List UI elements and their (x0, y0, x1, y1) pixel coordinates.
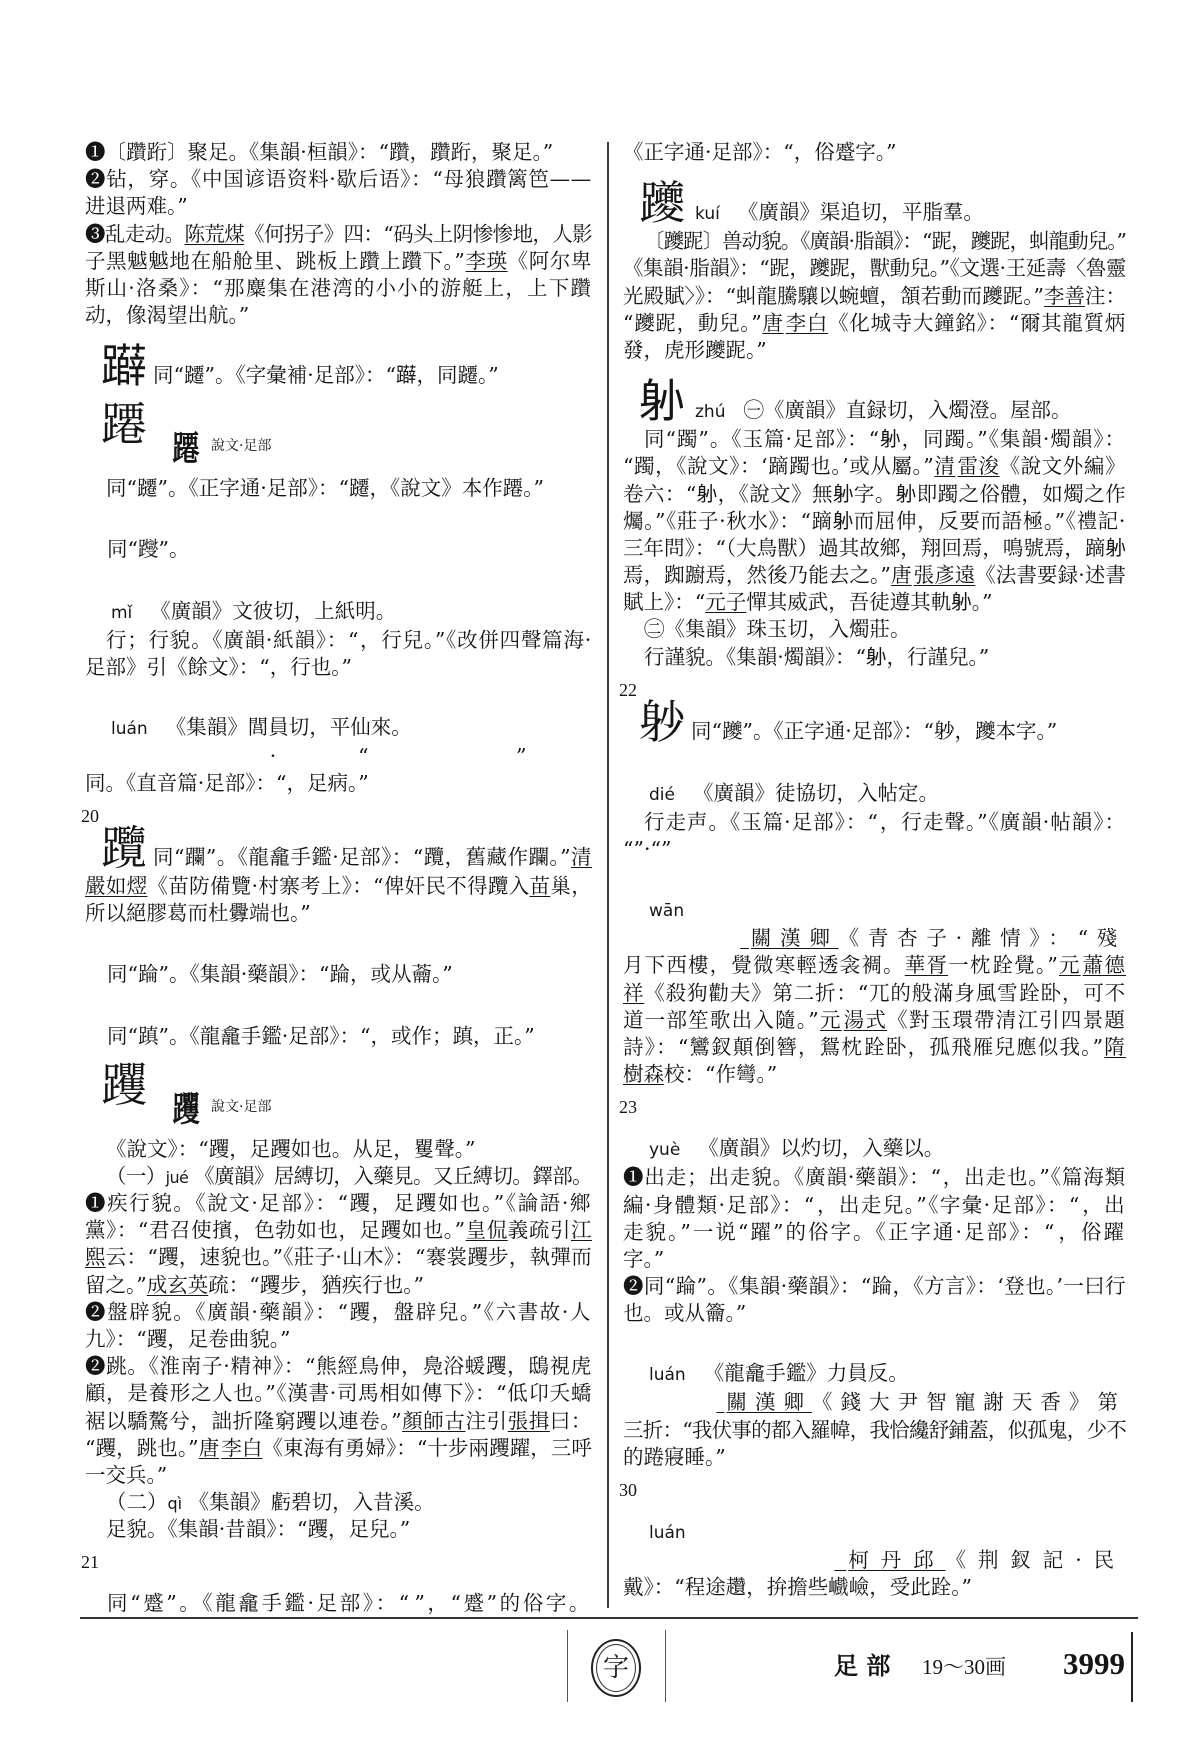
text-run-group: 行謹貌。《集韻·燭韻》：“𨈓，行謹兒。” (644, 644, 989, 671)
text-run-group: 《集韻·脂韻》：“跜，躨跜，獸動兒。”《文選·王延壽〈魯靈 (623, 255, 1126, 282)
definition-paragraph: 同“躚”。《正字通·足部》：“躚，《說文》本作蹮。” (85, 475, 592, 502)
definition-paragraph: ❶出走；出走貌。《廣韻·藥韻》：“𨈟，出走也。”《篇海類編·身體類·足部》：“𨈟… (623, 1164, 1126, 1273)
headword-entry: 𨇹luán《集韻》閭員切，平仙來。 (85, 681, 592, 743)
footer-divider-middle (665, 1630, 666, 1702)
text-line: 〔躨跜〕兽动貌。《廣韻·脂韻》：“跜，躨跜，虯龍動兒。” (623, 228, 1126, 255)
headword-gloss: 《廣韻》徒協切，入帖定。 (693, 776, 939, 806)
text-run: 《說文外編》 (1000, 454, 1126, 478)
text-run: 光殿賦〉》：“虯龍騰驤以蜿蟺，頷若動而躨跜。” (623, 284, 1044, 308)
headword-entry: 𨈓zhú㊀《廣韻》直録切，入燭澄。屋部。 (623, 364, 1126, 426)
text-run: ❷盤辟貌。《廣韻·藥韻》：“躩，盤辟兒。”《六書故·人 (85, 1300, 592, 1324)
text-run: 走貌。”一说“躍”的俗字。《正字通·足部》：“𨈟，俗躍 (623, 1220, 1126, 1244)
definition-paragraph: 〔𨈠踡〕弯曲身体。元關漢卿《錢大尹智寵謝天香》第三折：“我伏事的都入羅幃，我恰纔… (623, 1389, 1126, 1471)
text-line: 詩》：“鸞釵顛倒簪，鴛枕𨈜跧卧，孤飛雁兒應似我。”隋 (623, 1034, 1126, 1061)
definition-paragraph: 〔躨跜〕兽动貌。《廣韻·脂韻》：“跜，躨跜，虯龍動兒。”《集韻·脂韻》：“跜，躨… (623, 228, 1126, 364)
text-run-group: 行；行貌。《廣韻·紙韻》：“𨇯，行兒。”《改併四聲篇海· (106, 627, 592, 654)
text-run: 賦上》：“ (623, 590, 705, 614)
text-run-group: 發，虎形躨跜。” (623, 337, 767, 364)
text-run-group: ❷盤辟貌。《廣韻·藥韻》：“躩，盤辟兒。”《六書故·人 (85, 1299, 592, 1326)
stroke-count-marker: 21 (81, 1553, 99, 1571)
text-run-group: 《正字通·足部》：“𨈐，俗蹙字。” (623, 139, 896, 166)
seal-script-glyph: 躩 (172, 1082, 199, 1131)
text-run-group: ㊀《廣韻》直録切，入燭澄。屋部。 (743, 393, 1071, 423)
underlined-proper-name: 柯丹邱 (848, 1548, 945, 1572)
text-run: ㊁《集韻》珠玉切，入燭莊。 (644, 617, 911, 641)
underlined-proper-name: 清 (571, 845, 592, 869)
text-run-group: 动，像渴望出航。” (85, 302, 249, 329)
text-run: 《何拐子》四：“码头上阴惨惨地，人影 (244, 222, 592, 246)
text-run-group: 〔𨇹踞〕足病。《集韻·僊韻》：“𨇹，𨇹踞，足病。”单用义 (106, 743, 592, 770)
text-line: （二）qì 《集韻》虧碧切，入昔溪。 (85, 1489, 592, 1516)
text-run: 进退两难。” (85, 194, 188, 218)
seal-source-label: 說文·足部 (211, 1096, 271, 1116)
running-head-radical: 足 部 (834, 1652, 890, 1680)
stroke-count-marker: 23 (619, 1098, 637, 1116)
definition-paragraph: 〔𨇹踞〕足病。《集韻·僊韻》：“𨇹，𨇹踞，足病。”单用义同。《直音篇·足部》：“… (85, 743, 592, 797)
text-run: 同“蹙”。《龍龕手鑑·足部》：“𨈐”，“蹙”的俗字。 (107, 1591, 592, 1615)
definition-paragraph: 嚴如熤《苗防備覽·村寨考上》：“俾奸民不得𨈇入苗巢，所以絕膠葛而杜釁端也。” (85, 873, 592, 927)
text-run-group: 同。《直音篇·足部》：“𨇹，足病。” (85, 770, 369, 797)
underlined-proper-name: 祥 (623, 981, 644, 1005)
text-run: 《化城寺大鐘銘》：“爾其龍質炳 (828, 311, 1126, 335)
text-line: 光殿賦〉》：“虯龍騰驤以蜿蟺，頷若動而躨跜。”李善注： (623, 283, 1126, 310)
text-run-group: 道一部笙歌出入隨。”元湯式《對玉環帶清江引四景題 (623, 1007, 1126, 1034)
text-run: （一） (106, 1164, 166, 1188)
text-run: 《廣韻》徒協切，入帖定。 (693, 781, 939, 805)
text-run-group: 〔𨈢跧〕（身体）弯曲。形容劳累。元柯丹邱《荆釵記·民 (644, 1547, 1126, 1574)
text-run-group: 〔𨈠踡〕弯曲身体。元關漢卿《錢大尹智寵謝天香》第 (644, 1389, 1126, 1416)
text-run-group: （一）jué 《廣韻》居縛切，入藥見。又丘縛切。鐸部。 (106, 1163, 592, 1191)
text-run: ㊀《廣韻》直録切，入燭澄。屋部。 (743, 398, 1071, 422)
underlined-proper-name: 皇侃 (466, 1218, 508, 1242)
definition-paragraph: ❷钻，穿。《中国谚语资料·歇后语》：“母狼躦篱笆——进退两难。” (85, 166, 592, 220)
text-line: 樹森校：“𨈜作彎。” (623, 1061, 1126, 1088)
definition-paragraph: 同“躅”。《玉篇·足部》：“𨈓，同躅。”《集韻·燭韻》：“躅，《說文》：‘蹢躅也… (623, 426, 1126, 616)
text-run: 編·身體類·足部》：“𨈟，出走兒。”《字彙·足部》：“𨈟，出 (623, 1193, 1126, 1217)
definition-paragraph: ❷盤辟貌。《廣韻·藥韻》：“躩，盤辟兒。”《六書故·人九》：“躩，足卷曲貌。” (85, 1299, 592, 1353)
underlined-proper-name: 雷浚 (957, 454, 999, 478)
definition-paragraph: 《說文》：“躩，足躩如也。从足，矍聲。” (85, 1136, 592, 1163)
text-run: 《龍龕手鑑》力員反。 (704, 1361, 909, 1385)
text-run: ❶〔躦䟰〕聚足。《集韻·桓韻》：“躦，躦䟰，聚足。” (85, 140, 553, 164)
text-run-group: 詩》：“鸞釵顛倒簪，鴛枕𨈜跧卧，孤飛雁兒應似我。”隋 (623, 1034, 1126, 1061)
text-run: 一交兵。” (85, 1463, 167, 1487)
underlined-proper-name: 張彥遠 (914, 563, 976, 587)
text-run: 三年問》：“（大鳥獸）過其故鄉，翔回焉，鳴號焉，蹢𨈓 (623, 536, 1126, 560)
text-run-group: 同“蹙”。《龍龕手鑑·足部》：“𨈐”，“蹙”的俗字。 (107, 1586, 592, 1616)
headword-pinyin: luán (649, 1365, 686, 1385)
text-run-group: 《說文》：“躩，足躩如也。从足，矍聲。” (106, 1136, 475, 1163)
seal-script-glyph: 蹮 (172, 421, 199, 470)
text-run-group: 行走声。《玉篇·足部》：“𨈛，行走聲。”《廣韻·帖韻》： (644, 809, 1126, 836)
text-line: 进退两难。” (85, 193, 592, 220)
headword-entry: 躨kuí《廣韻》渠追切，平脂羣。 (623, 166, 1126, 228)
text-run-group: 《集韻》閭員切，平仙來。 (166, 710, 412, 740)
text-line: 〔𨈜跧〕弯曲（身体）。元關漢卿《青杏子·離情》：“殘 (623, 925, 1126, 952)
underlined-proper-name: 元 (834, 1548, 846, 1572)
headword-gloss: 《廣韻》渠追切，平脂羣。 (738, 195, 984, 225)
headword-gloss: 同“躝”。《龍龕手鑑·足部》：“𨈇，舊藏作躝。”清 (153, 840, 592, 870)
text-run: 〔躨跜〕兽动貌。《廣韻·脂韻》：“跜，躨跜，虯龍動兒。” (644, 229, 1126, 253)
underlined-proper-name: 唐 (762, 311, 783, 335)
headword-pinyin: mǐ (111, 603, 132, 623)
text-run-group: 月下西樓，覺微寒輕透衾裯。華胥一枕𨈜跧覺。”元蕭德 (623, 952, 1126, 979)
text-line: ❷钻，穿。《中国谚语资料·歇后语》：“母狼躦篱笆—— (85, 166, 592, 193)
text-run-group: 走貌。”一说“躍”的俗字。《正字通·足部》：“𨈟，俗躍 (623, 1219, 1126, 1246)
text-line: “躅，《說文》：‘蹢躅也。’或从屬。”清雷浚《說文外編》 (623, 453, 1126, 480)
headword-entry: 22𨈘同“躨”。《正字通·足部》：“𨈘，躨本字。” (623, 671, 1126, 747)
text-line: “𨈛，小走聲。”《集韻·帖韻》：“𨈛，走聲。” (623, 836, 1126, 863)
text-run-group: ❶出走；出走貌。《廣韻·藥韻》：“𨈟，出走也。”《篇海類 (623, 1164, 1126, 1191)
text-run-group: 《廣韻》文彼切，上紙明。 (150, 594, 396, 624)
text-run-group: 足部》引《餘文》：“𨇯，行也。” (85, 654, 352, 681)
text-line: 裾以驕驁兮，詘折隆窮躩以連卷。”顏師古注引張揖曰： (85, 1408, 592, 1435)
text-line: 留之。”成玄英疏：“躩步，猶疾行也。” (85, 1272, 592, 1299)
text-run: ❷同“踚”。《集韻·藥韻》：“踚，《方言》：‘登也。’一曰行 (623, 1274, 1126, 1298)
text-line: 發，虎形躨跜。” (623, 337, 1126, 364)
text-run: ❶出走；出走貌。《廣韻·藥韻》：“𨈟，出走也。”《篇海類 (623, 1165, 1126, 1189)
text-run-group: 編·身體類·足部》：“𨈟，出走兒。”《字彙·足部》：“𨈟，出 (623, 1192, 1126, 1219)
text-run: “躨跜，動兒。” (623, 311, 762, 335)
text-run: 《荆釵記·民 (946, 1548, 1126, 1572)
text-run-group: 光殿賦〉》：“虯龍騰驤以蜿蟺，頷若動而躨跜。”李善注： (623, 283, 1126, 310)
text-run: ❷跳。《淮南子·精神》：“熊經鳥伸，鳧浴蝯躩，鴟視虎 (85, 1354, 592, 1378)
text-run-group: 《廣韻》徒協切，入帖定。 (693, 776, 939, 806)
text-line: 爥。”《莊子·秋水》：“蹢𨈓而屈伸，反要而語極。”《禮記· (623, 508, 1126, 535)
definition-paragraph: 〔𨈜跧〕弯曲（身体）。元關漢卿《青杏子·離情》：“殘月下西樓，覺微寒輕透衾裯。華… (623, 925, 1126, 1088)
column-divider (607, 142, 609, 1608)
headword-gloss: 《集韻》閭員切，平仙來。 (166, 710, 412, 740)
text-line: ㊁《集韻》珠玉切，入燭莊。 (623, 616, 1126, 643)
text-run-group: 焉，踟躕焉，然後乃能去之。”唐張彥遠《法書要録·述書 (623, 562, 1126, 589)
text-run: 戴》：“程途趲，拚擔些巇嶮，受此𨈢跧。” (623, 1575, 972, 1599)
text-run-group: 〔躨跜〕兽动貌。《廣韻·脂韻》：“跜，躨跜，虯龍動兒。” (644, 228, 1126, 255)
underlined-proper-name: 陈荒煤 (184, 222, 244, 246)
text-run: 《青杏子·離情》：“殘 (839, 926, 1126, 950)
text-run: 也。或从籥。” (623, 1301, 746, 1325)
text-run-group: 同“躝”。《龍龕手鑑·足部》：“𨈇，舊藏作躝。”清 (153, 840, 592, 870)
text-run-group: 也。或从籥。” (623, 1300, 746, 1327)
underlined-proper-name: 關漢卿 (726, 1390, 812, 1414)
text-run: 足部》引《餘文》：“𨇯，行也。” (85, 655, 352, 679)
text-run-group: “躨跜，動兒。”唐李白《化城寺大鐘銘》：“爾其龍質炳 (623, 310, 1126, 337)
text-run: 留之。” (85, 1273, 147, 1297)
text-run-group: 的𨈠踡寢睡。” (623, 1444, 726, 1471)
text-line: 戴》：“程途趲，拚擔些巇嶮，受此𨈢跧。” (623, 1574, 1126, 1601)
publisher-seal-emblem: 字 (591, 1639, 641, 1697)
underlined-proper-name: 嚴如熤 (85, 874, 147, 898)
text-line: 行；行貌。《廣韻·紙韻》：“𨇯，行兒。”《改併四聲篇海· (85, 627, 592, 654)
text-line: 同。《直音篇·足部》：“𨇹，足病。” (85, 770, 592, 797)
headword-entry: 𨈊同“蹎”。《龍龕手鑑·足部》：“𨈊，或作；蹎，正。” (85, 990, 592, 1052)
headword-char: 𨇨 (101, 343, 147, 389)
headword-entry: 𨇨同“躚”。《字彙補·足部》：“𨇨，同躚。” (85, 329, 592, 391)
text-run-group: 留之。”成玄英疏：“躩步，猶疾行也。” (85, 1272, 424, 1299)
underlined-proper-name: 李白 (221, 1436, 262, 1460)
underlined-proper-name: 江 (571, 1218, 592, 1242)
text-run: 字。” (623, 1247, 664, 1271)
headword-pinyin: luán (649, 1523, 686, 1543)
text-run-group: 进退两难。” (85, 193, 188, 220)
text-run: 注： (1085, 284, 1126, 308)
text-run: 云：“躩，速貌也。”《莊子·山木》：“褰裳躩步，執彈而 (106, 1245, 592, 1269)
definition-paragraph: ❷跳。《淮南子·精神》：“熊經鳥伸，鳧浴蝯躩，鴟視虎顧，是養形之人也。”《漢書·… (85, 1353, 592, 1489)
text-line: 字。” (623, 1246, 1126, 1273)
text-run-group: 同“躅”。《玉篇·足部》：“𨈓，同躅。”《集韻·燭韻》： (644, 426, 1126, 453)
underlined-proper-name: 張揖 (508, 1409, 550, 1433)
definition-paragraph: ㊁《集韻》珠玉切，入燭莊。 (623, 616, 1126, 643)
stroke-count-marker: 20 (81, 807, 99, 825)
headword-pinyin: kuí (695, 204, 720, 224)
headword-gloss: 同“躞”。 (107, 532, 189, 562)
text-run: 动，像渴望出航。” (85, 303, 249, 327)
text-run: 斯山·洛桑》：“那麋集在港湾的小小的游艇上，上下躦 (85, 276, 592, 300)
underlined-proper-name: 元 (716, 1390, 724, 1414)
text-run: 《殺狗勸夫》第二折：“兀的般滿身風雪𨈜跧卧，可不 (644, 981, 1126, 1005)
text-run: 巢， (550, 874, 592, 898)
text-line: “躩，跳也。”唐李白《東海有勇婦》：“十步兩躩躍，三呼 (85, 1435, 592, 1462)
text-run: 的𨈠踡寢睡。” (623, 1445, 726, 1469)
text-run: 《集韻》閭員切，平仙來。 (166, 715, 412, 739)
text-line: 行走声。《玉篇·足部》：“𨈛，行走聲。”《廣韻·帖韻》： (623, 809, 1126, 836)
text-line: 〔𨈠踡〕弯曲身体。元關漢卿《錢大尹智寵謝天香》第 (623, 1389, 1126, 1416)
text-run: 《廣韻》以灼切，入藥以。 (698, 1136, 944, 1160)
text-run-group: 顧，是養形之人也。”《漢書·司馬相如傳下》：“低卬夭蟜 (85, 1380, 592, 1407)
text-run: 同“躨”。《正字通·足部》：“𨈘，躨本字。” (691, 719, 1057, 743)
text-run: 《法書要録·述書 (975, 563, 1126, 587)
text-line: 九》：“躩，足卷曲貌。” (85, 1326, 592, 1353)
footer-divider-left (567, 1630, 568, 1702)
text-run-group: 斯山·洛桑》：“那麋集在港湾的小小的游艇上，上下躦 (85, 275, 592, 302)
headword-entry: 躩躩說文·足部 (85, 1052, 592, 1136)
text-run-group: （二）qì 《集韻》虧碧切，入昔溪。 (106, 1489, 435, 1517)
text-run-group: 足貌。《集韻·昔韻》：“躩，足兒。” (106, 1516, 410, 1543)
seal-glyph: 字 (603, 1655, 629, 1681)
text-run: 疏：“躩步，猶疾行也。” (208, 1273, 424, 1297)
text-run-group: 一交兵。” (85, 1462, 167, 1489)
text-line: ❷盤辟貌。《廣韻·藥韻》：“躩，盤辟兒。”《六書故·人 (85, 1299, 592, 1326)
text-line: 嚴如熤《苗防備覽·村寨考上》：“俾奸民不得𨈇入苗巢， (85, 873, 592, 900)
underlined-proper-name: 關漢卿 (751, 926, 839, 950)
definition-paragraph: 行；行貌。《廣韻·紙韻》：“𨇯，行兒。”《改併四聲篇海·足部》引《餘文》：“𨇯，… (85, 627, 592, 681)
footer-divider-right (1131, 1632, 1133, 1702)
text-run-group: 爥。”《莊子·秋水》：“蹢𨈓而屈伸，反要而語極。”《禮記· (623, 508, 1126, 535)
text-run-group: “躩，跳也。”唐李白《東海有勇婦》：“十步兩躩躍，三呼 (85, 1435, 592, 1462)
text-run: 《對玉環帶清江引四景題 (887, 1008, 1126, 1032)
text-line: 黨》：“君召使擯，色勃如也，足躩如也。”皇侃義疏引江 (85, 1217, 592, 1244)
text-run: 黨》：“君召使擯，色勃如也，足躩如也。” (85, 1218, 466, 1242)
text-line: ❷同“踚”。《集韻·藥韻》：“踚，《方言》：‘登也。’一曰行 (623, 1273, 1126, 1300)
text-run: ❷钻，穿。《中国谚语资料·歇后语》：“母狼躦篱笆—— (85, 167, 592, 191)
seal-source-label: 說文·足部 (211, 435, 271, 455)
text-run: 義疏引 (508, 1218, 571, 1242)
text-run-group: “𨈛，小走聲。”《集韻·帖韻》：“𨈛，走聲。” (623, 836, 671, 863)
text-run: 校：“𨈜作彎。” (664, 1062, 777, 1086)
text-line: （一）jué 《廣韻》居縛切，入藥見。又丘縛切。鐸部。 (85, 1163, 592, 1190)
text-run: 同。《直音篇·足部》：“𨇹，足病。” (85, 771, 369, 795)
underlined-proper-name: 李白 (786, 311, 828, 335)
text-run: 注引 (465, 1409, 507, 1433)
text-run-group: 《龍龕手鑑》力員反。 (704, 1356, 909, 1386)
headword-gloss: 同“蹙”。《龍龕手鑑·足部》：“𨈐”，“蹙”的俗字。 (107, 1586, 592, 1616)
text-run-group: 同“躞”。 (107, 532, 189, 562)
definition-paragraph: 行走声。《玉篇·足部》：“𨈛，行走聲。”《廣韻·帖韻》：“𨈛，小走聲。”《集韻·… (623, 809, 1126, 863)
text-run-group: 黨》：“君召使擯，色勃如也，足躩如也。”皇侃義疏引江 (85, 1217, 592, 1244)
text-run: 同“躞”。 (107, 537, 189, 561)
text-line: ❶出走；出走貌。《廣韻·藥韻》：“𨈟，出走也。”《篇海類 (623, 1164, 1126, 1191)
text-run-group: 字。” (623, 1246, 664, 1273)
underlined-proper-name: 唐 (199, 1436, 220, 1460)
text-run: 行；行貌。《廣韻·紙韻》：“𨇯，行兒。”《改併四聲篇海· (106, 628, 592, 652)
text-run: 憚其威武，吾徒遵其軌𨈓。” (746, 590, 992, 614)
headword-entry: 23𨈟yuè《廣韻》以灼切，入藥以。 (623, 1088, 1126, 1164)
text-run: 同“躚”。《正字通·足部》：“躚，《說文》本作蹮。” (106, 476, 544, 500)
text-run-group: ❶疾行貌。《說文·足部》：“躩，足躩如也。”《論語·鄉 (85, 1190, 592, 1217)
stroke-count-marker: 30 (619, 1481, 637, 1499)
text-run-group: ㊁《集韻》珠玉切，入燭莊。 (644, 616, 911, 643)
headword-gloss: 同“躚”。《字彙補·足部》：“𨇨，同躚。” (153, 358, 499, 388)
headword-entry: 𨈠luán《龍龕手鑑》力員反。 (623, 1327, 1126, 1389)
underlined-proper-name: 華胥 (905, 953, 948, 977)
text-run: 同“躝”。《龍龕手鑑·足部》：“𨈇，舊藏作躝。” (153, 845, 571, 869)
text-line: 道一部笙歌出入隨。”元湯式《對玉環帶清江引四景題 (623, 1007, 1126, 1034)
pinyin: qì (168, 1494, 183, 1513)
underlined-proper-name: 苗 (530, 874, 551, 898)
text-run: 曰： (550, 1409, 592, 1433)
text-line: 足部》引《餘文》：“𨇯，行也。” (85, 654, 592, 681)
headword-char: 躩 (101, 1062, 147, 1108)
text-run: 《集韻·脂韻》：“跜，躨跜，獸動兒。”《文選·王延壽〈魯靈 (623, 256, 1126, 280)
text-run: 《阿尔卑 (508, 249, 592, 273)
headword-pinyin: luán (111, 719, 148, 739)
text-line: 〔𨇹踞〕足病。《集韻·僊韻》：“𨇹，𨇹踞，足病。”单用义 (85, 743, 592, 770)
stroke-count-marker: 22 (619, 681, 637, 699)
text-run-group: 同“蹎”。《龍龕手鑑·足部》：“𨈊，或作；蹎，正。” (107, 1019, 535, 1049)
text-run: 《廣韻》文彼切，上紙明。 (150, 599, 396, 623)
headword-char: 𨈓 (639, 378, 685, 424)
text-run-group: 《廣韻》以灼切，入藥以。 (698, 1131, 944, 1161)
text-line: 走貌。”一说“躍”的俗字。《正字通·足部》：“𨈟，俗躍 (623, 1219, 1126, 1246)
text-run: 同“踚”。《集韻·藥韻》：“踚，或从蘥。” (107, 962, 453, 986)
text-run-group: 三年問》：“（大鳥獸）過其故鄉，翔回焉，鳴號焉，蹢𨈓 (623, 535, 1126, 562)
text-run-group: ❷钻，穿。《中国谚语资料·歇后语》：“母狼躦篱笆—— (85, 166, 592, 193)
text-line: 〔𨈢跧〕（身体）弯曲。形容劳累。元柯丹邱《荆釵記·民 (623, 1547, 1126, 1574)
underlined-proper-name: 成玄英 (147, 1273, 209, 1297)
text-run-group: 同“踚”。《集韻·藥韻》：“踚，或从蘥。” (107, 957, 453, 987)
headword-char: 蹮 (101, 401, 147, 447)
underlined-proper-name: 蕭德 (1083, 953, 1126, 977)
definition-paragraph: 〔𨈢跧〕（身体）弯曲。形容劳累。元柯丹邱《荆釵記·民戴》：“程途趲，拚擔些巇嶮，… (623, 1547, 1126, 1601)
text-run: 道一部笙歌出入隨。” (623, 1008, 820, 1032)
headword-gloss: 《龍龕手鑑》力員反。 (704, 1356, 909, 1386)
text-line: 足貌。《集韻·昔韻》：“躩，足兒。” (85, 1516, 592, 1543)
headword-pinyin: zhú (695, 402, 725, 422)
text-line: 顧，是養形之人也。”《漢書·司馬相如傳下》：“低卬夭蟜 (85, 1380, 592, 1407)
definition-paragraph: ❶〔躦䟰〕聚足。《集韻·桓韻》：“躦，躦䟰，聚足。” (85, 139, 592, 166)
text-run: 三折：“我伏事的都入羅幃，我恰纔舒鋪蓋，似孤鬼，少不 (623, 1418, 1126, 1442)
headword-char: 𨈇 (101, 825, 147, 871)
headword-pinyin: dié (649, 785, 675, 805)
headword-entry: 蹮蹮說文·足部 (85, 391, 592, 475)
underlined-proper-name: 湯式 (844, 1008, 887, 1032)
text-run-group: “躅，《說文》：‘蹢躅也。’或从屬。”清雷浚《說文外編》 (623, 453, 1126, 480)
text-line: 的𨈠踡寢睡。” (623, 1444, 1126, 1471)
text-run-group: 裾以驕驁兮，詘折隆窮躩以連卷。”顏師古注引張揖曰： (85, 1408, 592, 1435)
headword-char: 躨 (639, 180, 685, 226)
text-line: 月下西樓，覺微寒輕透衾裯。華胥一枕𨈜跧覺。”元蕭德 (623, 952, 1126, 979)
headword-entry: 𨇯mǐ《廣韻》文彼切，上紙明。 (85, 565, 592, 627)
text-line: 同“躚”。《正字通·足部》：“躚，《說文》本作蹮。” (85, 475, 592, 502)
text-run: 詩》：“鸞釵顛倒簪，鴛枕𨈜跧卧，孤飛雁兒應似我。” (623, 1035, 1104, 1059)
definition-paragraph: 行謹貌。《集韻·燭韻》：“𨈓，行謹兒。” (623, 644, 1126, 671)
text-line: ❶疾行貌。《說文·足部》：“躩，足躩如也。”《論語·鄉 (85, 1190, 592, 1217)
text-run-group: 戴》：“程途趲，拚擔些巇嶮，受此𨈢跧。” (623, 1574, 972, 1601)
text-run: 同“躅”。《玉篇·足部》：“𨈓，同躅。”《集韻·燭韻》： (644, 427, 1126, 451)
headword-gloss: 《廣韻》以灼切，入藥以。 (698, 1131, 944, 1161)
text-run: ❸乱走动。 (85, 222, 184, 246)
text-run: 《廣韻》居縛切，入藥見。又丘縛切。鐸部。 (188, 1164, 592, 1188)
headword-gloss: 同“蹎”。《龍龕手鑑·足部》：“𨈊，或作；蹎，正。” (107, 1019, 535, 1049)
text-run-group: ❷跳。《淮南子·精神》：“熊經鳥伸，鳧浴蝯躩，鴟視虎 (85, 1353, 592, 1380)
text-line: “躨跜，動兒。”唐李白《化城寺大鐘銘》：“爾其龍質炳 (623, 310, 1126, 337)
definition-paragraph: （二）qì 《集韻》虧碧切，入昔溪。 (85, 1489, 592, 1516)
text-line: 斯山·洛桑》：“那麋集在港湾的小小的游艇上，上下躦 (85, 275, 592, 302)
text-run: 卷六：“𨈓，《說文》無𨈓字。𨈓即躅之俗體，如燭之作 (623, 482, 1126, 506)
underlined-proper-name: 李善 (1044, 284, 1085, 308)
text-run-group: 《廣韻》渠追切，平脂羣。 (738, 195, 984, 225)
text-run: 《集韻》虧碧切，入昔溪。 (182, 1490, 435, 1514)
headword-pinyin: yuè (649, 1140, 680, 1160)
text-line: 也。或从籥。” (623, 1300, 1126, 1327)
text-run-group: 熙云：“躩，速貌也。”《莊子·山木》：“褰裳躩步，執彈而 (85, 1244, 592, 1271)
text-run: （二） (106, 1490, 168, 1514)
headword-entry: 20𨈇同“躝”。《龍龕手鑑·足部》：“𨈇，舊藏作躝。”清 (85, 797, 592, 873)
text-run: 月下西樓，覺微寒輕透衾裯。 (623, 953, 905, 977)
text-run: 〔𨇹踞〕足病。《集韻·僊韻》：“𨇹，𨇹踞，足病。”单用义 (106, 744, 592, 768)
underlined-proper-name: 元 (820, 1008, 842, 1032)
headword-entry: 𨈛dié《廣韻》徒協切，入帖定。 (623, 747, 1126, 809)
text-run: “𨈛，小走聲。”《集韻·帖韻》：“𨈛，走聲。” (623, 837, 671, 861)
headword-gloss: ㊀《廣韻》直録切，入燭澄。屋部。 (743, 393, 1071, 423)
text-run: 發，虎形躨跜。” (623, 338, 767, 362)
text-run-group: 〔𨈜跧〕弯曲（身体）。元關漢卿《青杏子·離情》：“殘 (644, 925, 1126, 952)
definition-paragraph: 《正字通·足部》：“𨈐，俗蹙字。” (623, 139, 1126, 166)
text-line: 同“躅”。《玉篇·足部》：“𨈓，同躅。”《集韻·燭韻》： (623, 426, 1126, 453)
text-run-group: 祥《殺狗勸夫》第二折：“兀的般滿身風雪𨈜跧卧，可不 (623, 980, 1126, 1007)
text-run-group: 同“躚”。《正字通·足部》：“躚，《說文》本作蹮。” (106, 475, 544, 502)
text-line: ❶〔躦䟰〕聚足。《集韻·桓韻》：“躦，躦䟰，聚足。” (85, 139, 592, 166)
text-line: 編·身體類·足部》：“𨈟，出走兒。”《字彙·足部》：“𨈟，出 (623, 1192, 1126, 1219)
headword-gloss: 同“躨”。《正字通·足部》：“𨈘，躨本字。” (691, 714, 1057, 744)
text-run: 《錢大尹智寵謝天香》第 (812, 1390, 1126, 1414)
definition-paragraph: ❶疾行貌。《說文·足部》：“躩，足躩如也。”《論語·鄉黨》：“君召使擯，色勃如也… (85, 1190, 592, 1299)
text-run: 〔𨈠踡〕弯曲身体。 (644, 1390, 716, 1414)
underlined-proper-name: 元 (1059, 953, 1081, 977)
text-line: 祥《殺狗勸夫》第二折：“兀的般滿身風雪𨈜跧卧，可不 (623, 980, 1126, 1007)
underlined-proper-name: 元子 (705, 590, 746, 614)
text-line: 动，像渴望出航。” (85, 302, 592, 329)
text-line: 《說文》：“躩，足躩如也。从足，矍聲。” (85, 1136, 592, 1163)
text-line: 一交兵。” (85, 1462, 592, 1489)
text-run: 〔𨈜跧〕弯曲（身体）。 (644, 926, 740, 950)
text-line: 卷六：“𨈓，《說文》無𨈓字。𨈓即躅之俗體，如燭之作 (623, 481, 1126, 508)
text-run-group: 子黑魆魆地在船舱里、跳板上躦上躦下。”李瑛《阿尔卑 (85, 248, 592, 275)
text-run-group: ❶〔躦䟰〕聚足。《集韻·桓韻》：“躦，躦䟰，聚足。” (85, 139, 553, 166)
text-run: 爥。”《莊子·秋水》：“蹢𨈓而屈伸，反要而語極。”《禮記· (623, 509, 1126, 533)
text-run: 裾以驕驁兮，詘折隆窮躩以連卷。” (85, 1409, 402, 1433)
right-column: 《正字通·足部》：“𨈐，俗蹙字。”躨kuí《廣韻》渠追切，平脂羣。〔躨跜〕兽动貌… (623, 139, 1126, 1601)
headword-char: 𨈘 (639, 699, 685, 745)
